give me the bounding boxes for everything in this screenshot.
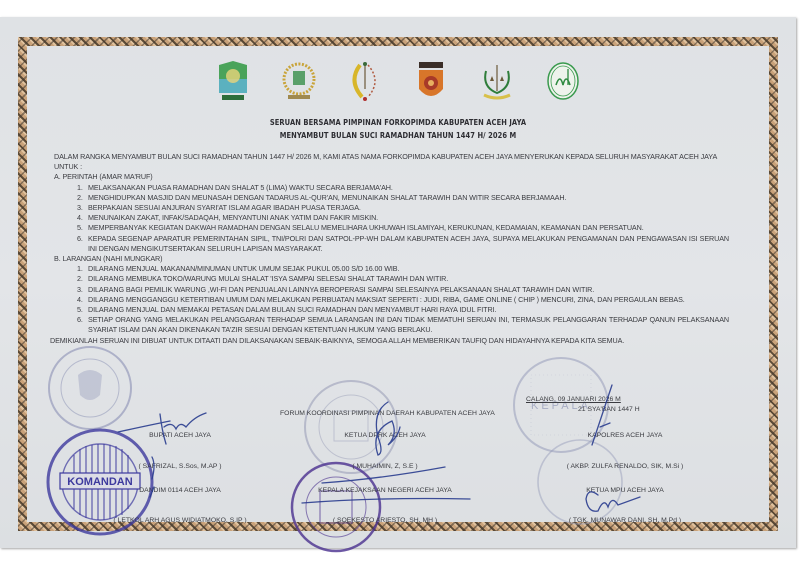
signatory-name: ( LETKOL ARH AGUS WIDIATMOKO, S.IP ) bbox=[100, 517, 260, 524]
signatory-name: ( SOEKESTO ARIESTO, SH, MH ) bbox=[320, 517, 450, 524]
aceh-jaya-regency-emblem-icon bbox=[214, 59, 252, 103]
hijri-date: 21 SYA'BAN 1447 H bbox=[578, 406, 640, 413]
list-item: 1.MELAKSANAKAN PUASA RAMADHAN DAN SHALAT… bbox=[77, 183, 729, 193]
signatory-name: ( MUHAIMIN, Z, S.E ) bbox=[320, 463, 450, 470]
list-item: 6.SETIAP ORANG YANG MELAKUKAN PELANGGARA… bbox=[77, 315, 729, 335]
closing-paragraph: DEMIKIANLAH SERUAN INI DIBUAT UNTUK DITA… bbox=[50, 336, 729, 346]
kodim-military-emblem-icon bbox=[346, 59, 384, 103]
list-item: 5.DILARANG MENJUAL DAN MEMAKAI PETASAN D… bbox=[77, 305, 729, 315]
list-item: 4.DILARANG MENGGANGGU KETERTIBAN UMUM DA… bbox=[77, 295, 729, 305]
polres-police-emblem-icon bbox=[412, 59, 450, 103]
prosecutor-stamp bbox=[288, 461, 384, 553]
list-item: 1.DILARANG MENJUAL MAKANAN/MINUMAN UNTUK… bbox=[77, 264, 729, 274]
signatory-title: KAPOLRES ACEH JAYA bbox=[560, 432, 690, 439]
signatory-name: ( SAFRIZAL, S.Sos, M.AP ) bbox=[110, 463, 250, 470]
signatory-title: DANDIM 0114 ACEH JAYA bbox=[110, 487, 250, 494]
list-item: 3.BERPAKAIAN SESUAI ANJURAN SYARI'AT ISL… bbox=[77, 203, 729, 213]
list-item: 4.MENUNAIKAN ZAKAT, INFAK/SADAQAH, MENYA… bbox=[77, 213, 729, 223]
signatory-title: KEPALA KEJAKSAAN NEGERI ACEH JAYA bbox=[300, 487, 470, 494]
decree-body: DALAM RANGKA MENYAMBUT BULAN SUCI RAMADH… bbox=[54, 152, 729, 346]
signatory-name: ( TGK. MUNAWAR DANI, SH, M.Pd ) bbox=[555, 517, 695, 524]
document-subtitle: MENYAMBUT BULAN SUCI RAMADHAN TAHUN 1447… bbox=[72, 130, 725, 140]
section-b-list: 1.DILARANG MENJUAL MAKANAN/MINUMAN UNTUK… bbox=[54, 264, 729, 335]
dprk-parliament-emblem-icon bbox=[280, 59, 318, 103]
list-item: 2.MENGHIDUPKAN MASJID DAN MEUNASAH DENGA… bbox=[77, 193, 729, 203]
section-a-heading: A. PERINTAH (AMAR MA'RUF) bbox=[54, 172, 729, 182]
list-item: 5.MEMPERBANYAK KEGIATAN DAKWAH RAMADHAN … bbox=[77, 223, 729, 233]
place-date: CALANG, 09 JANUARI 2026 M bbox=[526, 396, 621, 403]
regent-stamp bbox=[44, 345, 136, 431]
intro-paragraph: DALAM RANGKA MENYAMBUT BULAN SUCI RAMADH… bbox=[54, 152, 729, 172]
section-a-list: 1.MELAKSANAKAN PUASA RAMADHAN DAN SHALAT… bbox=[54, 183, 729, 254]
list-item: 2.DILARANG MEMBUKA TOKO/WARUNG MULAI SHA… bbox=[77, 274, 729, 284]
mpu-ulama-council-emblem-icon bbox=[544, 59, 582, 103]
list-item: 3.DILARANG BAGI PEMILIK WARUNG ,WI-FI DA… bbox=[77, 285, 729, 295]
document-title: SERUAN BERSAMA PIMPINAN FORKOPIMDA KABUP… bbox=[72, 117, 725, 127]
signatory-name: ( AKBP. ZULFA RENALDO, SIK, M.Si ) bbox=[555, 463, 695, 470]
institution-logos bbox=[0, 59, 796, 103]
signatory-title: KETUA DPRK ACEH JAYA bbox=[320, 432, 450, 439]
signatory-title: KETUA MPU ACEH JAYA bbox=[560, 487, 690, 494]
list-item: 6.KEPADA SEGENAP APARATUR PEMERINTAHAN S… bbox=[77, 234, 729, 254]
section-b-heading: B. LARANGAN (NAHI MUNGKAR) bbox=[54, 254, 729, 264]
mpu-stamp bbox=[530, 437, 630, 527]
signatory-title: BUPATI ACEH JAYA bbox=[110, 432, 250, 439]
decree-paper: SERUAN BERSAMA PIMPINAN FORKOPIMDA KABUP… bbox=[0, 17, 796, 548]
forum-label: FORUM KOORDINASI PIMPINAN DAERAH KABUPAT… bbox=[280, 410, 495, 417]
kejaksaan-prosecutor-emblem-icon bbox=[478, 59, 516, 103]
